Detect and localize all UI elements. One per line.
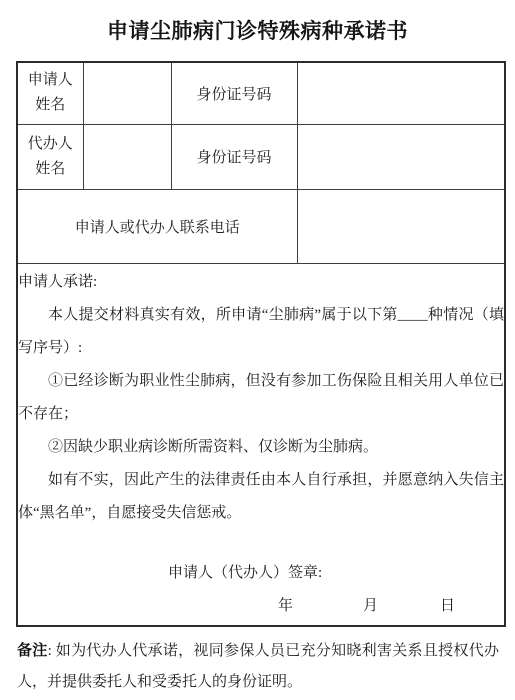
commitment-cell: 申请人承诺: 本人提交材料真实有效，所申请“尘肺病”属于以下第____种情况（填… — [17, 263, 505, 626]
phone-label: 申请人或代办人联系电话 — [17, 189, 297, 263]
signature-label: 申请人（代办人）签章: — [18, 557, 504, 590]
applicant-row: 申请人 姓名 身份证号码 — [17, 62, 505, 124]
applicant-name-label-line1: 申请人 — [28, 72, 73, 88]
commitment-heading: 申请人承诺: — [18, 266, 504, 299]
date-line: 年月日 — [18, 590, 504, 623]
applicant-info-table: 申请人 姓名 身份证号码 代办人 姓名 身份证号码 申请人或代办人联系电话 — [16, 61, 506, 627]
agent-id-label: 身份证号码 — [171, 124, 297, 189]
applicant-name-label-line2: 姓名 — [35, 97, 65, 113]
agent-name-label-line2: 姓名 — [35, 161, 65, 177]
agent-row: 代办人 姓名 身份证号码 — [17, 124, 505, 189]
footnote-label: 备注 — [17, 643, 48, 659]
footnote-text: : 如为代办人代承诺，视同参保人员已充分知晓利害关系且授权代办人，并提供委托人和… — [17, 643, 499, 690]
agent-id-value-cell — [297, 124, 505, 189]
applicant-id-value-cell — [297, 62, 505, 124]
commitment-paragraph-1: 本人提交材料真实有效，所申请“尘肺病”属于以下第____种情况（填写序号）: — [18, 299, 504, 365]
commitment-item-1: ①已经诊断为职业性尘肺病，但没有参加工伤保险且相关用人单位已不存在； — [18, 365, 504, 431]
commitment-item-2: ②因缺少职业病诊断所需资料、仅诊断为尘肺病。 — [18, 431, 504, 464]
phone-value-cell — [297, 189, 505, 263]
applicant-id-label: 身份证号码 — [171, 62, 297, 124]
document-page: 申请尘肺病门诊特殊病种承诺书 申请人 姓名 身份证号码 代办人 姓名 — [0, 0, 515, 700]
commitment-text: 申请人承诺: 本人提交材料真实有效，所申请“尘肺病”属于以下第____种情况（填… — [18, 266, 504, 530]
date-day-label: 日 — [440, 598, 455, 614]
applicant-name-value-cell — [83, 62, 171, 124]
phone-row: 申请人或代办人联系电话 — [17, 189, 505, 263]
agent-name-label-line1: 代办人 — [28, 136, 73, 152]
page-title: 申请尘肺病门诊特殊病种承诺书 — [0, 0, 515, 45]
commitment-row: 申请人承诺: 本人提交材料真实有效，所申请“尘肺病”属于以下第____种情况（填… — [17, 263, 505, 626]
date-month-label: 月 — [363, 598, 378, 614]
applicant-name-label: 申请人 姓名 — [17, 62, 83, 124]
date-year-label: 年 — [278, 598, 293, 614]
footnote: 备注: 如为代办人代承诺，视同参保人员已充分知晓利害关系且授权代办人，并提供委托… — [17, 636, 499, 698]
agent-name-value-cell — [83, 124, 171, 189]
commitment-paragraph-2: 如有不实，因此产生的法律责任由本人自行承担，并愿意纳入失信主体“黑名单”，自愿接… — [18, 464, 504, 530]
agent-name-label: 代办人 姓名 — [17, 124, 83, 189]
